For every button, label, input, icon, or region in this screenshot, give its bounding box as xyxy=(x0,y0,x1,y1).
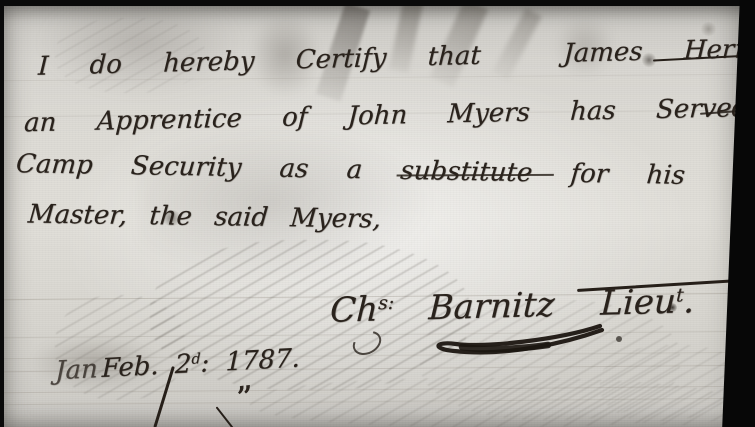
scan-edge-top xyxy=(0,0,755,6)
line3-text-pre: Camp Security as a xyxy=(15,149,402,186)
stain-spot xyxy=(616,336,622,342)
date-day-superscript: d xyxy=(191,351,200,368)
date-line: JanFeb. 2d: 1787. xyxy=(55,344,300,387)
handwritten-line-2: an Apprentice of John Myers has Served a… xyxy=(23,92,755,139)
ruled-line xyxy=(0,386,755,394)
bleedthrough-hatching xyxy=(250,378,730,427)
signature-flourish xyxy=(428,320,608,356)
line3-text-post: for his xyxy=(531,158,686,191)
signature-rank-period: . xyxy=(683,281,696,321)
date-month-first: Jan xyxy=(55,354,98,386)
ruled-line xyxy=(0,398,755,406)
scan-edge-left xyxy=(0,0,4,427)
date-month-day: Feb. 2 xyxy=(102,349,192,384)
pen-descender-stroke xyxy=(216,406,235,427)
stain-spot xyxy=(700,22,717,36)
signature-given-abbrev: Ch xyxy=(329,289,379,330)
ditto-mark: „ xyxy=(234,363,253,398)
signature-given-superscript: s: xyxy=(378,293,395,314)
struck-word-substitute: substitute xyxy=(399,156,533,188)
document-scan: I do hereby Certify that James Herringto… xyxy=(0,0,755,427)
handwritten-line-3: Camp Security as a substitute for his xyxy=(15,149,687,191)
handwritten-line-4: Master, the said Myers, xyxy=(27,200,383,235)
